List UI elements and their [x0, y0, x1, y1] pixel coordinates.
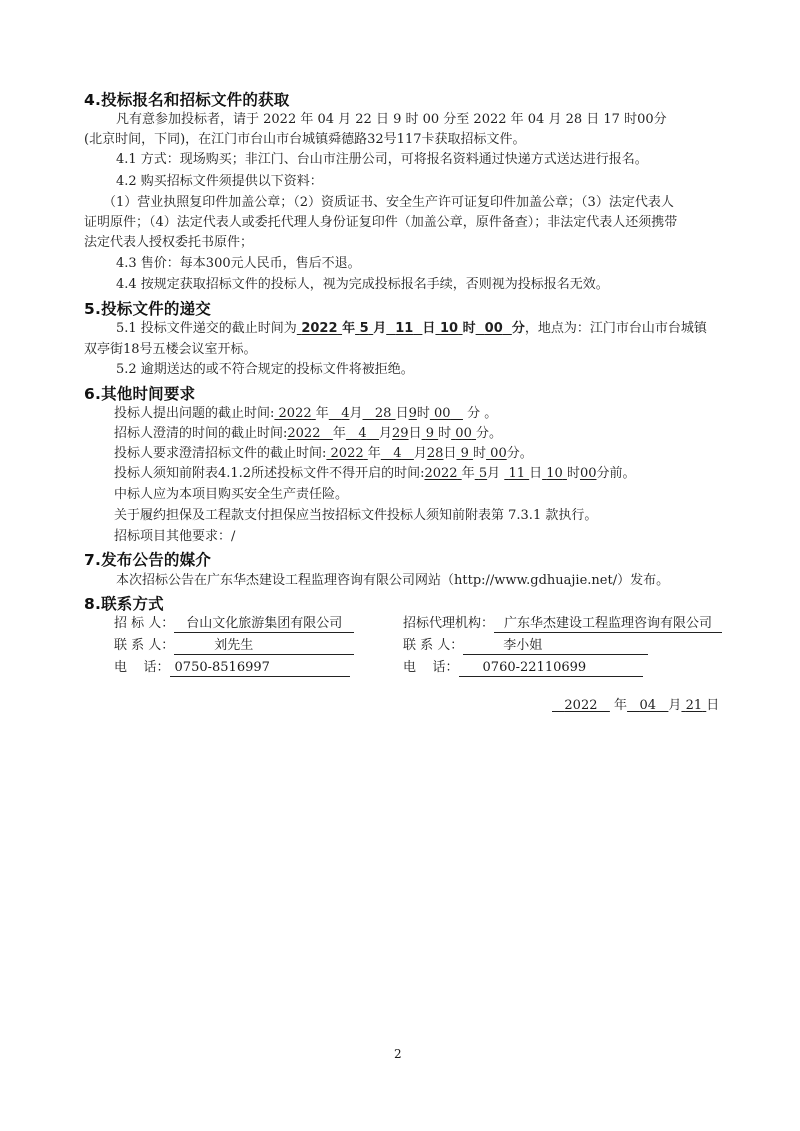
- section-5-2: 5.2 逾期送达的或不符合规定的投标文件将被拒绝。: [116, 361, 414, 378]
- agent-phone-label: 电 话：: [403, 656, 459, 675]
- agent-contact-label: 联 系 人：: [403, 634, 463, 653]
- tenderer-row: 招 标 人：台山文化旅游集团有限公司: [114, 612, 354, 633]
- section-5-1-prefix: 5.1 投标文件递交的截止时间为: [116, 321, 297, 336]
- document-page: 4.投标报名和招标文件的获取 凡有意参加投标者，请于 2022 年 04 月 2…: [0, 0, 800, 1131]
- agent-phone-row: 电 话：0760-22110699: [403, 656, 643, 677]
- tenderer-contact-label: 联 系 人：: [114, 634, 174, 653]
- section-4-2-line1: （1）营业执照复印件加盖公章；（2）资质证书、安全生产许可证复印件加盖公章；（3…: [103, 194, 674, 211]
- tenderer-phone-value: 0750-8516997: [170, 660, 350, 677]
- deadline-day-unit: 日: [422, 321, 435, 336]
- time-item-request-clarify-deadline: 投标人要求澄清招标文件的截止时间: 2022 年 4 月28日 9 时 00分。: [114, 445, 533, 462]
- deadline-hour: 10: [435, 321, 462, 336]
- section-4-2-line3: 法定代表人授权委托书原件；: [84, 234, 253, 251]
- section-4-title: 4.投标报名和招标文件的获取: [84, 88, 289, 110]
- signature-day: 21: [686, 698, 703, 713]
- signature-date: 2022 年 04 月 21 日: [552, 697, 719, 714]
- time-item-clarify-deadline: 招标人澄清的时间的截止时间:2022 年 4 月29日 9 时 00 分。: [114, 425, 502, 442]
- section-6-title: 6.其他时间要求: [84, 382, 195, 404]
- deadline-month: 5: [355, 321, 373, 336]
- deadline-day: 11: [386, 321, 422, 336]
- section-4-2-line2: 证明原件；（4）法定代表人或委托代理人身份证复印件（加盖公章，原件备查）；非法定…: [84, 214, 677, 231]
- section-5-1-suffix: ，地点为：江门市台山市台城镇: [525, 321, 707, 336]
- tenderer-contact-value: 刘先生: [174, 638, 354, 655]
- deadline-minute-unit: 分: [512, 321, 525, 336]
- deadline-month-unit: 月: [373, 321, 386, 336]
- section-5-title: 5.投标文件的递交: [84, 297, 211, 319]
- deadline-hour-unit: 时: [463, 321, 476, 336]
- agent-contact-row: 联 系 人：李小姐: [403, 634, 648, 655]
- time-item-question-deadline: 投标人提出问题的截止时间: 2022 年 4月 28 日9时 00 分 。: [114, 405, 497, 422]
- time-item-opening-time: 投标人须知前附表4.1.2所述投标文件不得开启的时间:2022 年 5月 11 …: [114, 465, 636, 482]
- agent-contact-value: 李小姐: [463, 638, 648, 655]
- tenderer-label: 招 标 人：: [114, 612, 174, 631]
- agent-row: 招标代理机构：广东华杰建设工程监理咨询有限公司: [403, 612, 722, 633]
- deadline-year-unit: 年: [342, 321, 355, 336]
- guarantee-requirement: 关于履约担保及工程款支付担保应当按招标文件投标人须知前附表第 7.3.1 款执行…: [114, 507, 597, 524]
- tenderer-contact-row: 联 系 人：刘先生: [114, 634, 354, 655]
- section-8-title: 8.联系方式: [84, 592, 164, 614]
- section-4-intro-line2: (北京时间，下同)，在江门市台山市台城镇舜德路32号117卡获取招标文件。: [84, 131, 526, 148]
- section-4-intro-line1: 凡有意参加投标者，请于 2022 年 04 月 22 日 9 时 00 分至 2…: [116, 111, 667, 128]
- section-5-1: 5.1 投标文件递交的截止时间为 2022 年 5 月 11 日 10 时 00…: [116, 320, 707, 337]
- tenderer-value: 台山文化旅游集团有限公司: [174, 616, 354, 633]
- section-4-4: 4.4 按规定获取招标文件的投标人，视为完成投标报名手续，否则视为投标报名无效。: [116, 276, 609, 293]
- deadline-minute: 00: [476, 321, 512, 336]
- section-4-3: 4.3 售价：每本300元人民币，售后不退。: [116, 255, 361, 272]
- tenderer-phone-row: 电 话：0750-8516997: [114, 656, 350, 677]
- section-7-title: 7.发布公告的媒介: [84, 548, 211, 570]
- publication-media: 本次招标公告在广东华杰建设工程监理咨询有限公司网站（http://www.gdh…: [116, 572, 669, 589]
- section-5-1-line2: 双亭街18号五楼会议室开标。: [84, 341, 257, 358]
- tenderer-phone-label: 电 话：: [114, 656, 170, 675]
- other-requirements: 招标项目其他要求：/: [114, 528, 235, 545]
- deadline-year: 2022: [297, 321, 342, 336]
- signature-month: 04: [639, 698, 656, 713]
- page-number: 2: [394, 1047, 402, 1061]
- agent-phone-value: 0760-22110699: [459, 660, 643, 677]
- section-4-1: 4.1 方式：现场购买；非江门、台山市注册公司，可将报名资料通过快递方式送达进行…: [116, 151, 648, 168]
- section-4-2: 4.2 购买招标文件须提供以下资料：: [116, 173, 323, 190]
- agent-label: 招标代理机构：: [403, 612, 494, 631]
- insurance-requirement: 中标人应为本项目购买安全生产责任险。: [114, 486, 348, 503]
- signature-year: 2022: [564, 698, 597, 713]
- agent-value: 广东华杰建设工程监理咨询有限公司: [494, 616, 722, 633]
